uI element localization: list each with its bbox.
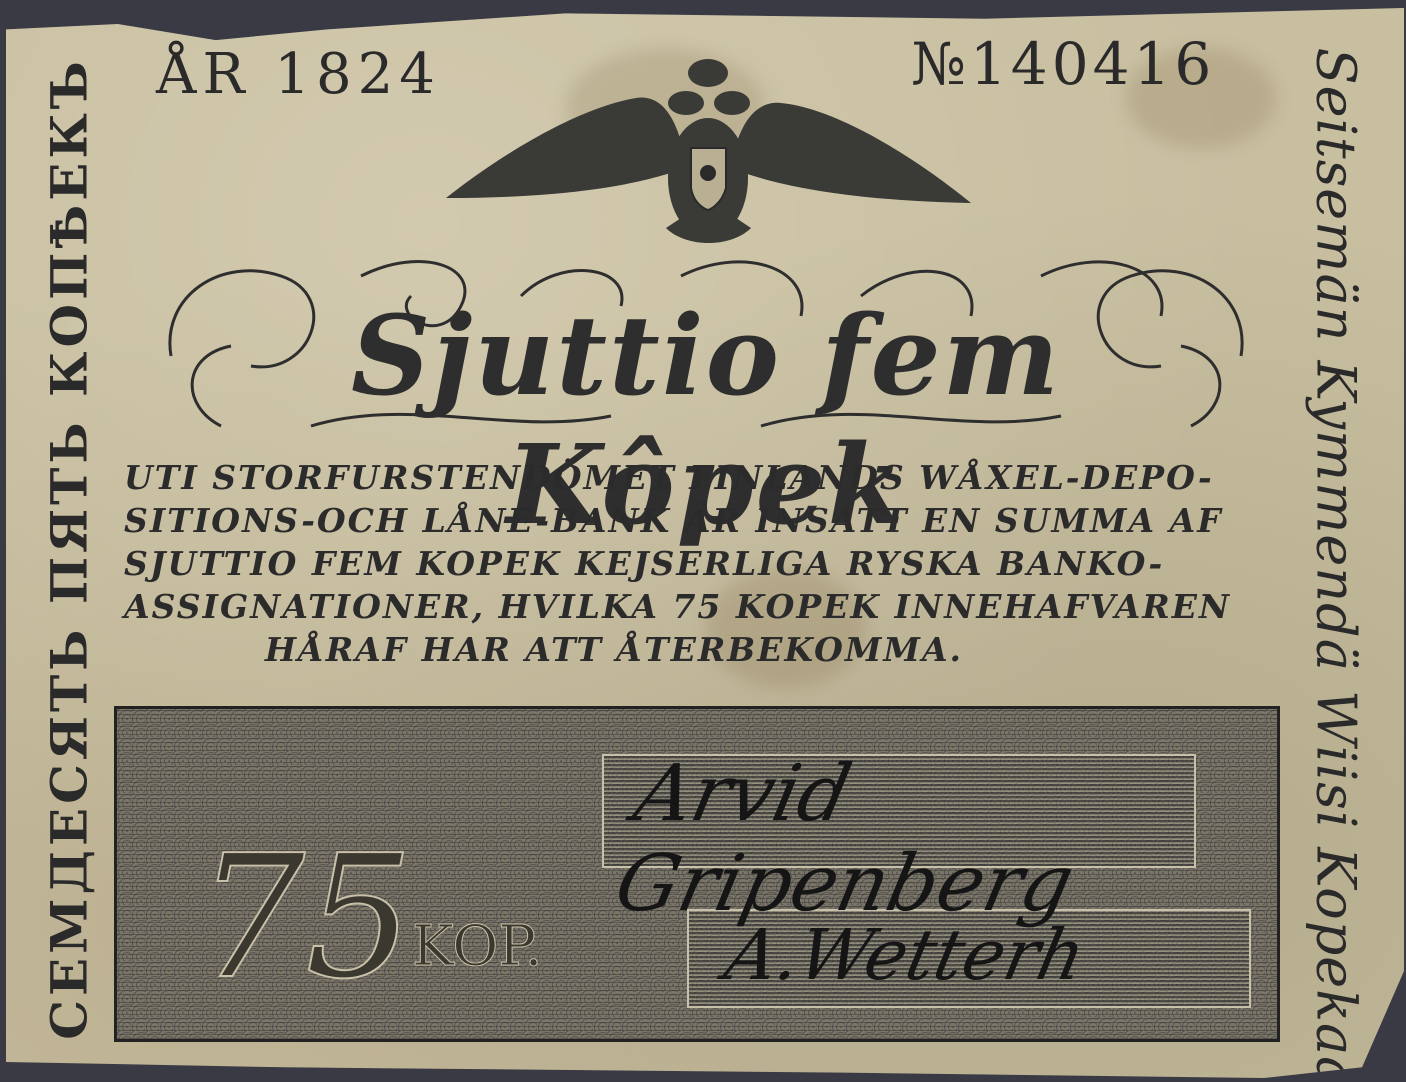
promise-line: SITIONS-OCH LÅNE-BANK ÄR INSATT EN SUMMA… — [124, 499, 1284, 542]
panel-value: 75 — [197, 819, 413, 1017]
denomination-ornament: Sjuttio fem Kôpek — [161, 236, 1251, 446]
promise-text: UTI STORFURSTENDÖMET FINLANDS WÅXEL-DEPO… — [124, 456, 1284, 671]
panel-unit: KOP. — [412, 914, 542, 979]
year-label: ÅR 1824 — [156, 42, 441, 107]
promise-line: SJUTTIO FEM KOPEK KEJSERLIGA RYSKA BANKO… — [124, 542, 1284, 585]
signature-1: Arvid Gripenberg — [608, 749, 1296, 929]
signature-2: A.Wetterh — [718, 914, 1092, 996]
promise-line: HÅRAF HAR ATT ÅTERBEKOMMA. — [124, 628, 1284, 671]
finnish-denomination-text: Seitsemän Kymmendä Wiisi Kopekaa — [1296, 68, 1376, 1068]
promise-line: UTI STORFURSTENDÖMET FINLANDS WÅXEL-DEPO… — [124, 456, 1284, 499]
finnish-denomination-label: Seitsemän Kymmendä Wiisi Kopekaa — [1305, 47, 1368, 1082]
banknote: ÅR 1824 №140416 — [6, 8, 1404, 1078]
value-panel: 75 KOP. Arvid Gripenberg A.Wetterh — [114, 706, 1280, 1042]
promise-line: ASSIGNATIONER, HVILKA 75 KOPEK INNEHAFVA… — [124, 585, 1284, 628]
eagle-emblem-icon — [436, 48, 981, 253]
russian-denomination-text: СЕМДЕСЯТЬ ПЯТЬ КОПѢЕКЪ — [34, 68, 104, 1028]
russian-denomination-label: СЕМДЕСЯТЬ ПЯТЬ КОПѢЕКЪ — [40, 57, 99, 1039]
